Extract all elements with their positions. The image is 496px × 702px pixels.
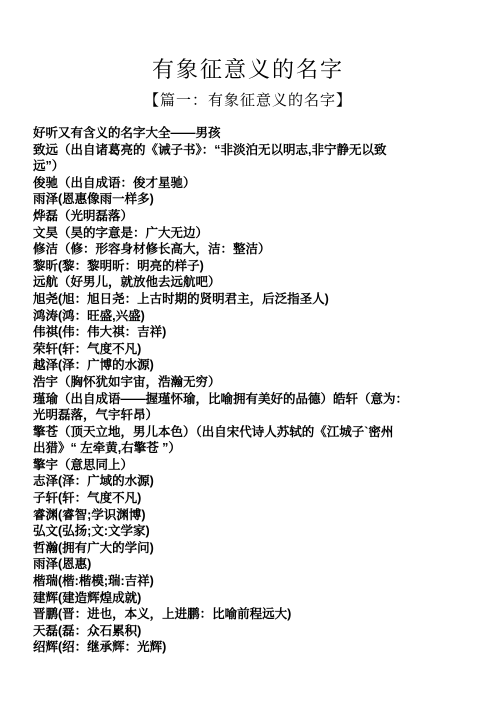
text-line: 雨泽(恩惠像雨一样多)	[33, 191, 476, 208]
text-line: 天磊(磊：众石累积)	[33, 623, 476, 640]
text-line: 旭尧(旭：旭日尧：上古时期的贤明君主，后泛指圣人)	[33, 291, 476, 308]
text-line: 睿渊(睿智;学识渊博)	[33, 507, 476, 524]
text-line: 雨泽(恩惠)	[33, 556, 476, 573]
text-line: 建辉(建造辉煌成就)	[33, 590, 476, 607]
text-line: 远”）	[33, 158, 476, 175]
text-line: 弘文(弘扬;文:文学家)	[33, 523, 476, 540]
document-subtitle: 【篇一：有象征意义的名字】	[0, 84, 496, 110]
text-line: 晋鹏(晋：进也，本义，上进鹏：比喻前程远大)	[33, 606, 476, 623]
text-line: 荣轩(轩：气度不凡)	[33, 341, 476, 358]
text-line: 致远（出自诸葛亮的《诫子书》：“非淡泊无以明志,非宁静无以致	[33, 142, 476, 159]
document-page: 有象征意义的名字 【篇一：有象征意义的名字】 好听又有含义的名字大全——男孩致远…	[0, 0, 496, 702]
text-line: 擎苍（顶天立地，男儿本色）（出自宋代诗人苏轼的《江城子`密州	[33, 424, 476, 441]
text-line: 鸿涛(鸿：旺盛,兴盛)	[33, 308, 476, 325]
text-line: 绍辉(绍：继承辉：光辉)	[33, 639, 476, 656]
text-line: 伟祺(伟：伟大祺：吉祥)	[33, 324, 476, 341]
text-line: 子轩(轩：气度不凡)	[33, 490, 476, 507]
text-line: 文昊（昊的字意是：广大无边）	[33, 225, 476, 242]
text-line: 哲瀚(拥有广大的学问)	[33, 540, 476, 557]
text-line: 烨磊（光明磊落）	[33, 208, 476, 225]
text-line: 黎昕(黎：黎明昕：明亮的样子)	[33, 258, 476, 275]
text-line: 出猎》“ 左牵黄,右擎苍 ”）	[33, 440, 476, 457]
text-line: 越泽(泽：广博的水源)	[33, 357, 476, 374]
text-line: 光明磊落，气宇轩昂）	[33, 407, 476, 424]
text-line: 楷瑞(楷:楷模;瑞:吉祥)	[33, 573, 476, 590]
text-line: 好听又有含义的名字大全——男孩	[33, 125, 476, 142]
text-line: 远航（好男儿，就放他去远航吧）	[33, 274, 476, 291]
document-body: 好听又有含义的名字大全——男孩致远（出自诸葛亮的《诫子书》：“非淡泊无以明志,非…	[33, 125, 476, 656]
document-title: 有象征意义的名字	[0, 0, 496, 84]
text-line: 修洁（修：形容身材修长高大，洁：整洁）	[33, 241, 476, 258]
text-line: 浩宇（胸怀犹如宇宙，浩瀚无穷）	[33, 374, 476, 391]
text-line: 擎宇（意思同上）	[33, 457, 476, 474]
text-line: 瑾瑜（出自成语——握瑾怀瑜，比喻拥有美好的品德）皓轩（意为：	[33, 391, 476, 408]
text-line: 志泽(泽：广域的水源)	[33, 473, 476, 490]
text-line: 俊驰（出自成语：俊才星驰）	[33, 175, 476, 192]
